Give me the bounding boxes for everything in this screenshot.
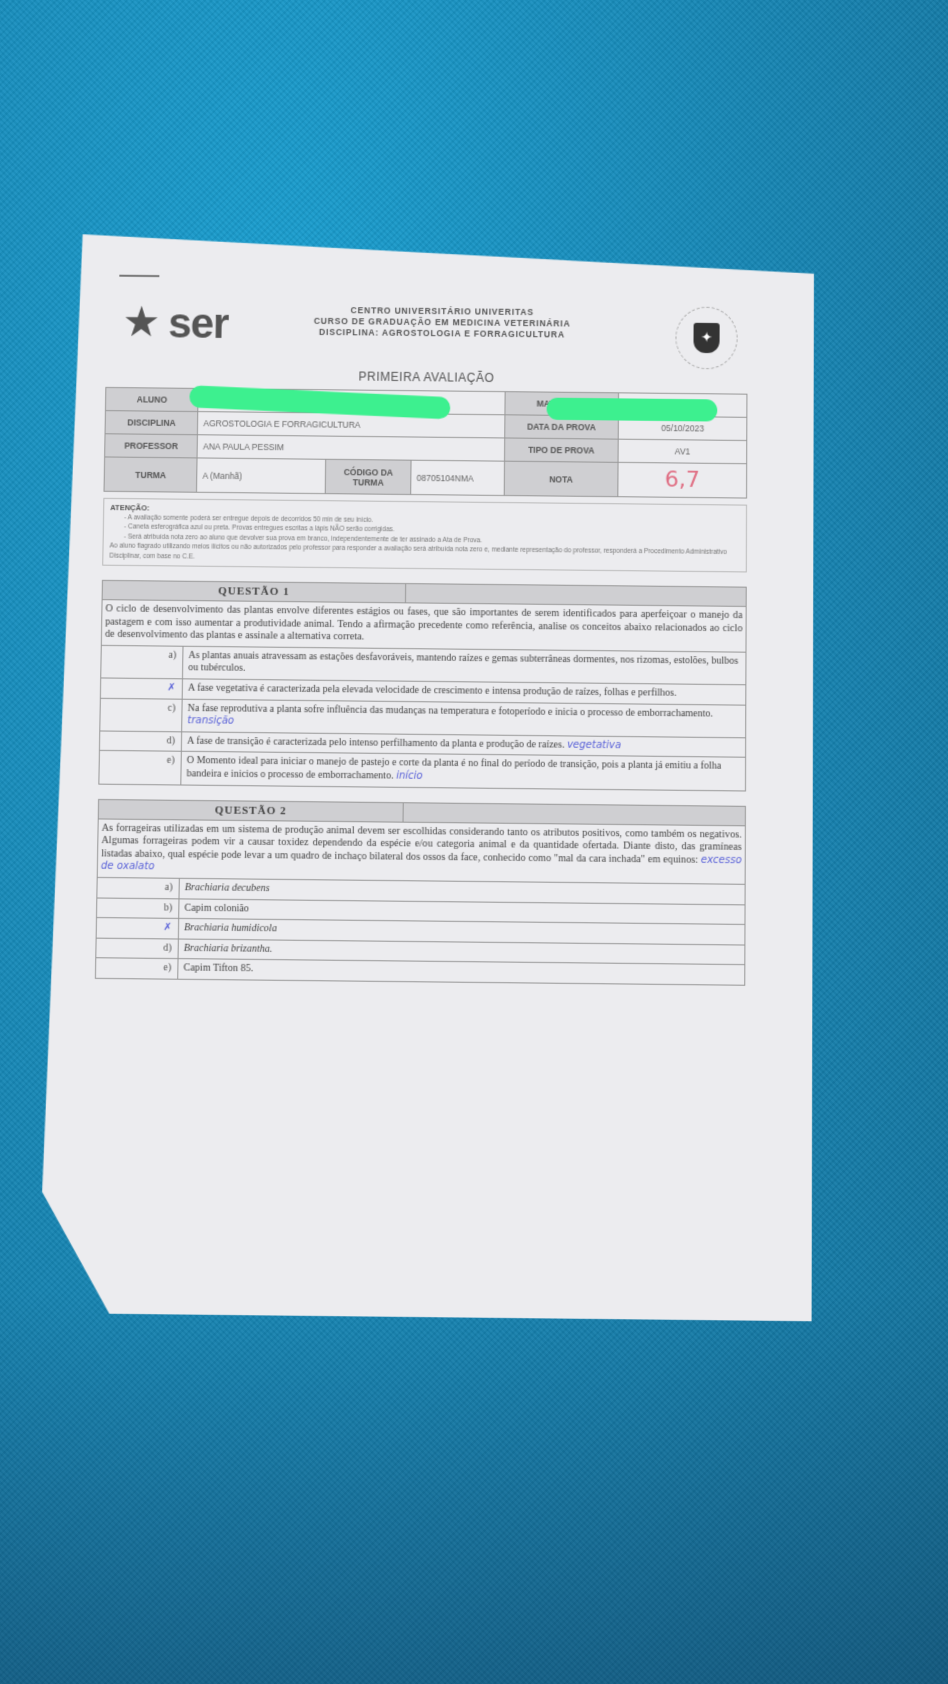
shield-icon: ✦ [693,323,719,353]
handwritten-note: início [396,770,423,782]
option-letter: d) [100,731,182,751]
check-x-mark-icon: ✗ [163,922,172,933]
question-2: QUESTÃO 2 As forrageiras utilizadas em u… [95,798,746,985]
option-text: Na fase reprodutiva a planta sofre influ… [182,699,745,737]
exam-title: PRIMEIRA AVALIAÇÃO [105,367,747,388]
question-title: QUESTÃO 2 [99,800,404,822]
tipo-value: AV1 [618,439,747,464]
university-seal: ✦ [675,307,737,370]
question-stem: O ciclo de desenvolvimento das plantas e… [102,600,746,651]
option-e[interactable]: e) O Momento ideal para iniciar o manejo… [99,750,745,790]
shadow [0,1290,948,1684]
option-a[interactable]: a) As plantas anuais atravessam as estaç… [101,645,745,685]
codigo-value: 08705104NMA [411,460,504,495]
turma-value: A (Manhã) [197,458,326,494]
option-text-body: A fase de transição é caracterizada pelo… [187,735,565,750]
question-stem: As forrageiras utilizadas em um sistema … [98,819,745,884]
option-text-body: Na fase reprodutiva a planta sofre influ… [187,702,713,719]
question-stem-text: As forrageiras utilizadas em um sistema … [101,822,742,865]
question-title: QUESTÃO 1 [103,581,406,602]
divider [119,275,159,277]
option-letter: a) [97,878,179,898]
option-text: O Momento ideal para iniciar o manejo de… [181,752,745,790]
option-letter: e) [99,751,181,784]
star-person-icon: ★ [122,302,160,345]
option-letter: a) [101,646,183,679]
nota-label: NOTA [504,461,618,497]
discipline-name: DISCIPLINA: AGROSTOLOGIA E FORRAGICULTUR… [287,327,598,341]
tipo-label: TIPO DE PROVA [504,438,618,462]
handwritten-note: vegetativa [567,739,621,751]
redaction-matricula [547,398,718,422]
option-c[interactable]: c) Na fase reprodutiva a planta sofre in… [100,697,745,737]
professor-label: PROFESSOR [105,434,198,458]
option-letter: d) [96,938,179,958]
option-letter: e) [96,959,179,979]
exam-header: ★ ser CENTRO UNIVERSITÁRIO UNIVERITAS CU… [106,275,748,362]
option-letter: b) [97,898,179,918]
question-1: QUESTÃO 1 O ciclo de desenvolvimento das… [98,580,746,791]
ser-logo: ★ ser [122,299,229,348]
disciplina-label: DISCIPLINA [105,411,198,435]
option-letter: c) [100,698,182,731]
grade-value: 6,7 [618,462,747,498]
logo-text: ser [168,299,229,348]
professor-value: ANA PAULA PESSIM [197,435,504,461]
option-letter: ✗ [97,918,180,938]
aluno-label: ALUNO [105,387,198,411]
option-text-body: O Momento ideal para iniciar o manejo de… [186,755,721,781]
attention-box: ATENÇÃO: - A avaliação somente poderá se… [102,498,747,573]
turma-label: TURMA [104,457,197,492]
disciplina-value: AGROSTOLOGIA E FORRAGICULTURA [198,412,505,438]
exam-sheet: ★ ser CENTRO UNIVERSITÁRIO UNIVERITAS CU… [40,234,814,1321]
option-text: As plantas anuais atravessam as estações… [183,647,745,685]
handwritten-note: transição [187,715,234,727]
check-x-mark-icon: ✗ [167,682,176,693]
option-letter: ✗ [101,678,183,698]
institution-block: CENTRO UNIVERSITÁRIO UNIVERITAS CURSO DE… [287,304,598,340]
codigo-label: CÓDIGO DA TURMA [325,459,411,494]
